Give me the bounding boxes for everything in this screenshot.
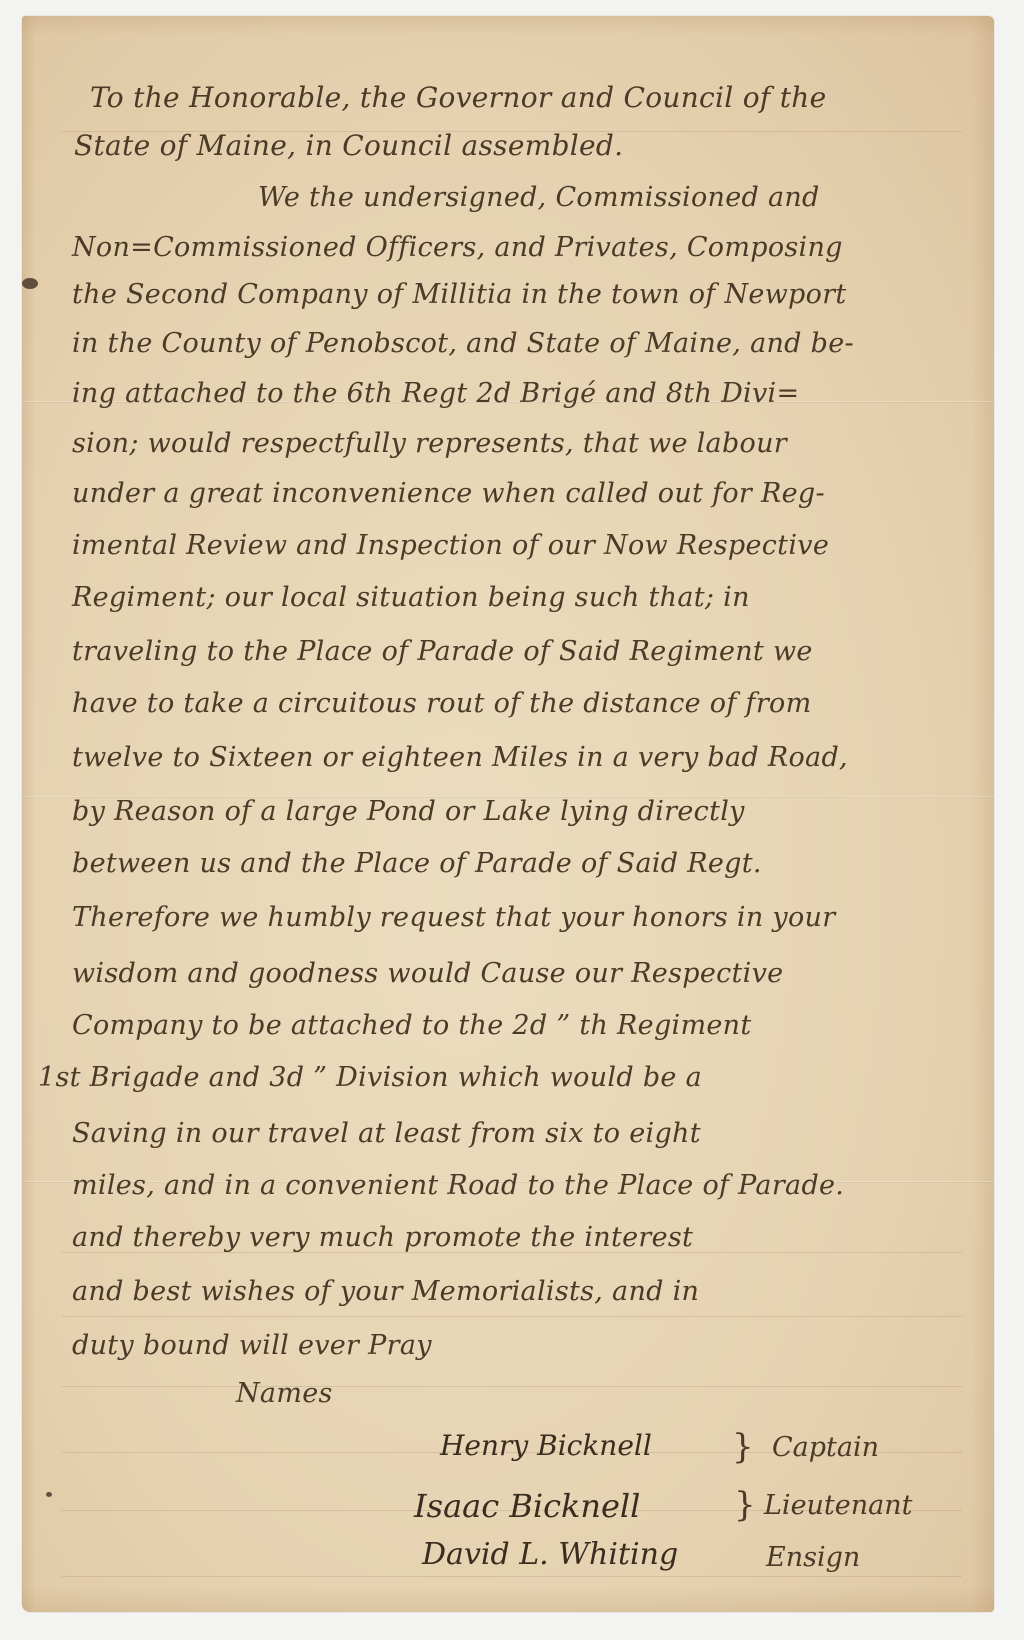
body-line: between us and the Place of Parade of Sa… xyxy=(72,850,762,877)
body-line: 1st Brigade and 3d ” Division which woul… xyxy=(38,1064,702,1091)
names-label: Names xyxy=(236,1380,333,1407)
signature-rank: Ensign xyxy=(766,1544,860,1571)
signature-rank: Captain xyxy=(772,1434,879,1461)
ink-spot xyxy=(46,1492,52,1497)
body-line: Non=Commissioned Officers, and Privates,… xyxy=(72,234,843,261)
body-line: Company to be attached to the 2d ” th Re… xyxy=(72,1012,752,1039)
ruled-line xyxy=(62,1576,962,1577)
address-line: State of Maine, in Council assembled. xyxy=(74,132,623,160)
body-line: wisdom and goodness would Cause our Resp… xyxy=(72,960,783,987)
body-line: ing attached to the 6th Regt 2d Brigé an… xyxy=(72,380,799,407)
signature-name: Isaac Bicknell xyxy=(414,1490,640,1522)
body-line: by Reason of a large Pond or Lake lying … xyxy=(72,798,745,825)
address-line: To the Honorable, the Governor and Counc… xyxy=(90,84,827,112)
body-line: We the undersigned, Commissioned and xyxy=(258,184,820,211)
body-line: the Second Company of Millitia in the to… xyxy=(72,281,847,308)
signature-rank: Lieutenant xyxy=(764,1492,913,1519)
ruled-line xyxy=(62,1316,962,1317)
ink-blot xyxy=(22,278,38,289)
body-line: have to take a circuitous rout of the di… xyxy=(72,690,811,717)
body-line: duty bound will ever Pray xyxy=(72,1332,432,1359)
manuscript-page: To the Honorable, the Governor and Counc… xyxy=(22,16,994,1612)
signature-name: Henry Bicknell xyxy=(440,1432,652,1460)
body-line: Regiment; our local situation being such… xyxy=(72,584,750,611)
body-line: and thereby very much promote the intere… xyxy=(72,1224,693,1251)
body-line: traveling to the Place of Parade of Said… xyxy=(72,638,813,665)
body-line: miles, and in a convenient Road to the P… xyxy=(72,1172,844,1199)
brace-mark: } xyxy=(734,1488,756,1522)
body-line: under a great inconvenience when called … xyxy=(72,480,825,507)
body-line: Therefore we humbly request that your ho… xyxy=(72,904,835,931)
body-line: twelve to Sixteen or eighteen Miles in a… xyxy=(72,744,848,771)
signature-name: David L. Whiting xyxy=(422,1540,678,1570)
brace-mark: } xyxy=(732,1430,754,1464)
ruled-line xyxy=(62,1386,962,1387)
body-line: in the County of Penobscot, and State of… xyxy=(72,330,854,357)
body-line: sion; would respectfully represents, tha… xyxy=(72,430,787,457)
body-line: Saving in our travel at least from six t… xyxy=(72,1120,701,1147)
body-line: imental Review and Inspection of our Now… xyxy=(72,532,829,559)
body-line: and best wishes of your Memorialists, an… xyxy=(72,1278,699,1305)
